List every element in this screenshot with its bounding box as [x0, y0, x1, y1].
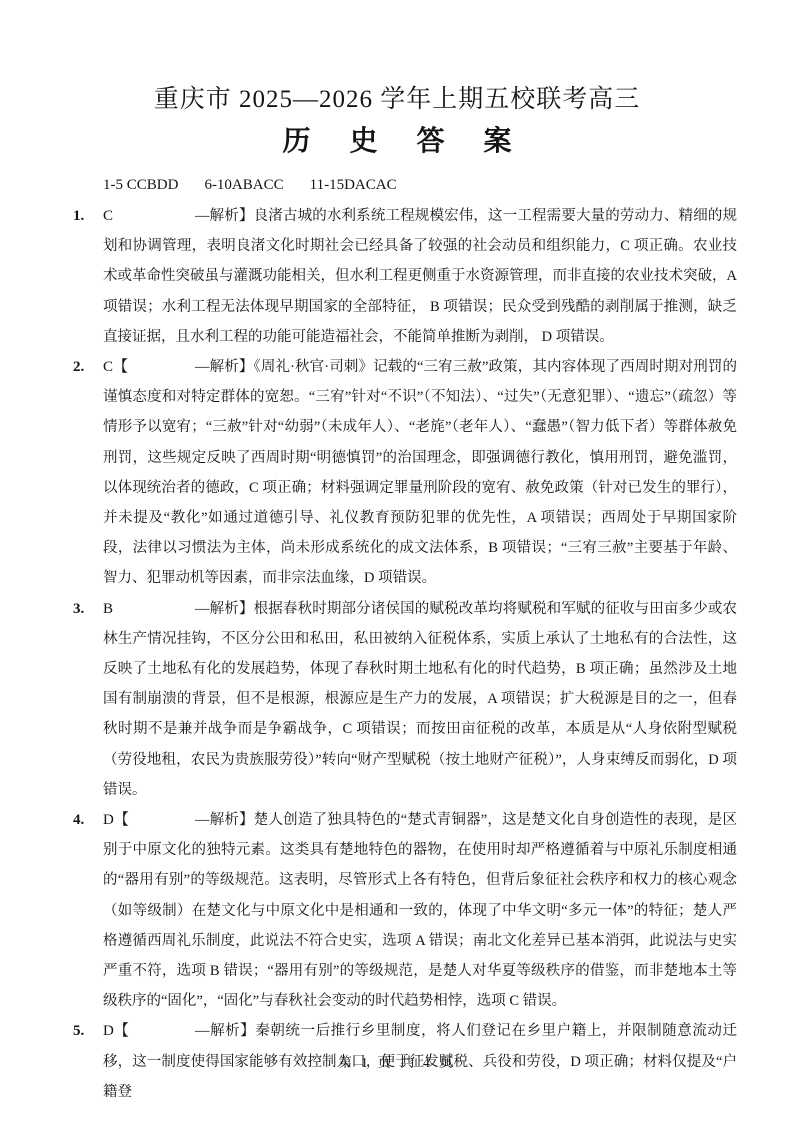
- item-number: 3.: [73, 594, 84, 624]
- item-analysis: D【—解析】楚人创造了独具特色的“楚式青铜器”，这是楚文化自身创造性的表现，是区…: [103, 805, 737, 1016]
- answer-key-group-2: 6-10ABACC: [204, 175, 283, 196]
- analysis-text: —解析】楚人创造了独具特色的“楚式青铜器”，这是楚文化自身创造性的表现，是区别于…: [103, 812, 737, 1009]
- exam-answer-page: 重庆市 2025—2026 学年上期五校联考高三 历 史 答 案 1-5 CCB…: [0, 0, 794, 1123]
- explanation-list: 1. C—解析】良渚古城的水利系统工程规模宏伟，这一工程需要大量的劳动力、精细的…: [103, 201, 737, 1107]
- answer-key-group-3: 11-15DACAC: [310, 175, 397, 196]
- item-number: 4.: [73, 805, 84, 835]
- explanation-item-1: 1. C—解析】良渚古城的水利系统工程规模宏伟，这一工程需要大量的劳动力、精细的…: [103, 201, 737, 352]
- item-analysis: B—解析】根据春秋时期部分诸侯国的赋税改革均将赋税和军赋的征收与田亩多少或农林生…: [103, 594, 737, 805]
- answer-key-row: 1-5 CCBDD 6-10ABACC 11-15DACAC: [103, 175, 737, 196]
- item-number: 5.: [73, 1016, 84, 1046]
- item-answer: C: [103, 201, 195, 231]
- explanation-item-3: 3. B—解析】根据春秋时期部分诸侯国的赋税改革均将赋税和军赋的征收与田亩多少或…: [103, 594, 737, 805]
- document-title: 重庆市 2025—2026 学年上期五校联考高三: [0, 0, 794, 117]
- item-answer: D【: [103, 1016, 195, 1046]
- item-number: 2.: [73, 352, 84, 382]
- document-subtitle: 历 史 答 案: [0, 124, 794, 160]
- item-number: 1.: [73, 201, 84, 231]
- analysis-text: —解析】根据春秋时期部分诸侯国的赋税改革均将赋税和军赋的征收与田亩多少或农林生产…: [103, 601, 737, 798]
- item-answer: D【: [103, 805, 195, 835]
- page-number-footer: 第 1 页 共 4 页: [0, 1051, 794, 1071]
- item-analysis: C—解析】良渚古城的水利系统工程规模宏伟，这一工程需要大量的劳动力、精细的规划和…: [103, 201, 737, 352]
- analysis-text: —解析】良渚古城的水利系统工程规模宏伟，这一工程需要大量的劳动力、精细的规划和协…: [103, 208, 737, 345]
- explanation-item-2: 2. C【—解析】《周礼·秋官·司刺》记载的“三宥三赦”政策，其内容体现了西周时…: [103, 352, 737, 594]
- explanation-item-4: 4. D【—解析】楚人创造了独具特色的“楚式青铜器”，这是楚文化自身创造性的表现…: [103, 805, 737, 1016]
- item-answer: B: [103, 594, 195, 624]
- analysis-text: —解析】《周礼·秋官·司刺》记载的“三宥三赦”政策，其内容体现了西周时期对刑罚的…: [103, 359, 737, 586]
- item-answer: C【: [103, 352, 195, 382]
- answer-key-group-1: 1-5 CCBDD: [103, 175, 178, 196]
- item-analysis: C【—解析】《周礼·秋官·司刺》记载的“三宥三赦”政策，其内容体现了西周时期对刑…: [103, 352, 737, 594]
